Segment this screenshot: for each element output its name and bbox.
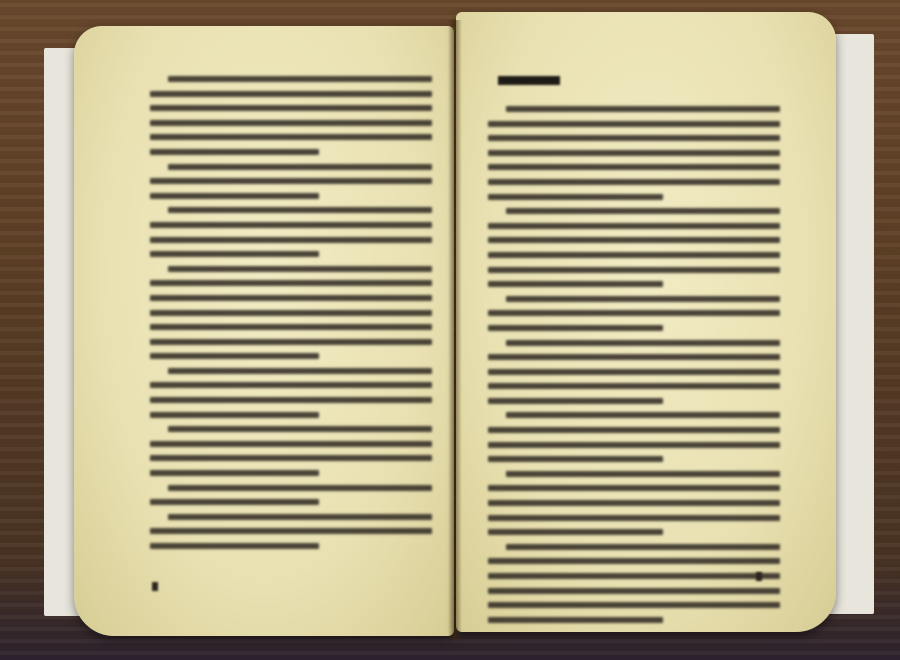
text-line [150,324,432,330]
text-line [150,382,432,388]
text-line [150,134,432,140]
left-page-number [152,582,158,591]
text-line [168,207,432,213]
text-line [488,456,663,462]
text-line [488,354,780,360]
text-line [488,369,780,375]
text-line [488,194,663,200]
text-line [150,295,432,301]
text-line [488,515,780,521]
text-line [488,237,780,243]
text-line [150,105,432,111]
text-line [488,179,780,185]
text-line [488,558,780,564]
text-line [150,353,319,359]
left-page [74,26,454,636]
right-page-number [756,572,762,581]
text-line [506,544,780,550]
text-line [488,267,780,273]
left-page-text [150,76,432,558]
text-line [168,426,432,432]
right-page [456,12,836,632]
text-line [488,252,780,258]
text-line [488,529,663,535]
text-line [506,296,780,302]
text-line [488,135,780,141]
text-line [168,514,432,520]
text-line [150,178,432,184]
text-line [488,164,780,170]
text-line [488,617,663,623]
text-line [168,368,432,374]
text-line [168,164,432,170]
text-line [150,528,432,534]
text-line [488,281,663,287]
text-line [488,398,663,404]
text-line [150,193,319,199]
right-page-text [488,106,780,631]
text-line [150,543,319,549]
text-line [488,573,780,579]
text-line [150,455,432,461]
text-line [150,470,319,476]
text-line [150,280,432,286]
text-line [488,150,780,156]
text-line [150,222,432,228]
text-line [488,485,780,491]
text-line [488,442,780,448]
text-line [150,339,432,345]
text-line [168,76,432,82]
text-line [488,223,780,229]
text-line [150,397,432,403]
text-line [150,412,319,418]
text-line [150,120,432,126]
text-line [150,91,432,97]
text-line [506,106,780,112]
text-line [150,251,319,257]
text-line [506,340,780,346]
text-line [488,310,780,316]
text-line [168,266,432,272]
text-line [488,602,780,608]
text-line [168,485,432,491]
text-line [506,471,780,477]
text-line [488,500,780,506]
text-line [150,310,432,316]
running-header [498,76,560,85]
text-line [150,237,432,243]
text-line [150,149,319,155]
text-line [488,325,663,331]
text-line [488,383,780,389]
text-line [488,588,780,594]
text-line [488,427,780,433]
book-gutter [448,20,462,640]
text-line [150,499,319,505]
text-line [506,412,780,418]
text-line [150,441,432,447]
text-line [488,121,780,127]
text-line [506,208,780,214]
